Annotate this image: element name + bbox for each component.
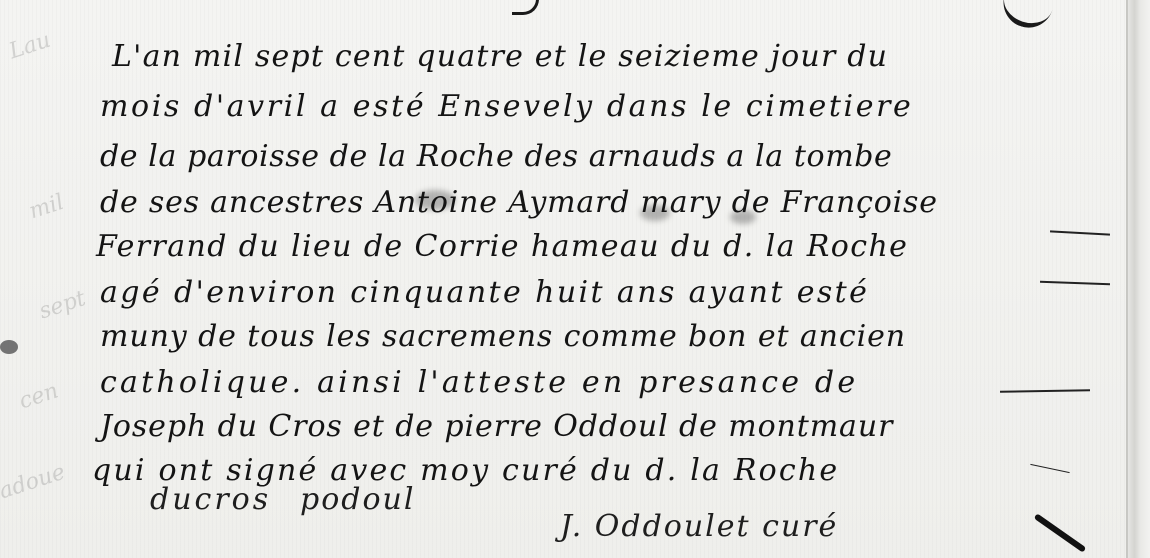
entry-line-7: muny de tous les sacremens comme bon et … — [100, 322, 906, 352]
bleed-through-text: adoue — [0, 460, 68, 505]
bleed-through-text: cen — [16, 378, 61, 414]
line-end-flourish — [1050, 230, 1110, 235]
ink-stroke-from-previous-entry — [997, 0, 1053, 34]
line-end-flourish — [1040, 281, 1110, 285]
line-end-flourish — [1000, 389, 1090, 393]
entry-line-9: Joseph du Cros et de pierre Oddoul de mo… — [100, 412, 893, 442]
entry-line-6: agé d'environ cinquante huit ans ayant e… — [100, 278, 869, 308]
ink-blot — [0, 340, 18, 354]
bleed-through-text: Lau — [6, 28, 54, 65]
line-end-flourish — [1030, 464, 1069, 473]
paper-edge — [1126, 0, 1150, 558]
bleed-through-text: mil — [26, 190, 67, 225]
signature-ducros: ducros — [150, 485, 271, 515]
entry-line-2: mois d'avril a esté Ensevely dans le cim… — [100, 92, 913, 122]
entry-line-1: L'an mil sept cent quatre et le seizieme… — [112, 42, 888, 72]
ink-stroke-next-entry — [1034, 513, 1087, 552]
ink-stroke-from-previous-entry — [512, 0, 539, 15]
entry-line-8: catholique. ainsi l'atteste en presance … — [100, 368, 858, 398]
entry-line-3: de la paroisse de la Roche des arnauds a… — [100, 142, 892, 172]
bleed-through-text: sept — [36, 286, 89, 324]
signature-podoul: podoul — [300, 485, 415, 515]
register-page: Lau mil sept cen adoue L'an mil sept cen… — [0, 0, 1150, 558]
entry-line-4: de ses ancestres Antoine Aymard mary de … — [100, 188, 938, 218]
entry-line-5: Ferrand du lieu de Corrie hameau du d. l… — [96, 232, 908, 262]
signature-cure: J. Oddoulet curé — [560, 512, 838, 542]
